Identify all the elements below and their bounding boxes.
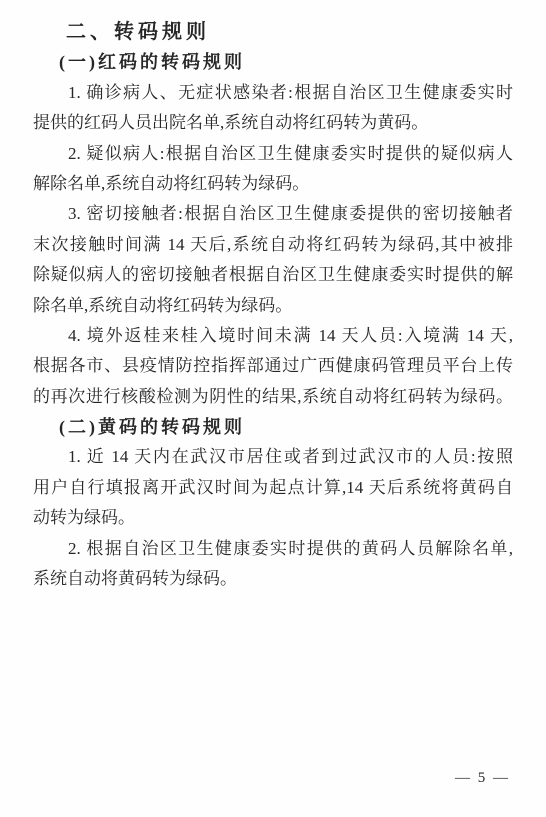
text-line: 除名单,系统自动将红码转为绿码。 [33, 291, 513, 321]
text-line: 4. 境外返桂来桂入境时间未满 14 天人员:入境满 14 天, [33, 321, 513, 351]
page-body: 二、转码规则 (一)红码的转码规则 1. 确诊病人、无症状感染者:根据自治区卫生… [33, 17, 513, 594]
text-line: 1. 近 14 天内在武汉市居住或者到过武汉市的人员:按照 [33, 442, 513, 472]
text-line: 的再次进行核酸检测为阴性的结果,系统自动将红码转为绿码。 [33, 382, 513, 412]
text-line: 除疑似病人的密切接触者根据自治区卫生健康委实时提供的解 [33, 260, 513, 290]
text-line: 1. 确诊病人、无症状感染者:根据自治区卫生健康委实时 [33, 78, 513, 108]
section-heading: 二、转码规则 [33, 17, 513, 47]
text-line: 解除名单,系统自动将红码转为绿码。 [33, 169, 513, 199]
subsection-heading-yellow-rules: (二)黄码的转码规则 [33, 412, 513, 442]
text-line: 提供的红码人员出院名单,系统自动将红码转为黄码。 [33, 108, 513, 138]
page-number: — 5 — [455, 768, 510, 788]
text-line: 3. 密切接触者:根据自治区卫生健康委提供的密切接触者 [33, 199, 513, 229]
text-line: 末次接触时间满 14 天后,系统自动将红码转为绿码,其中被排 [33, 230, 513, 260]
subsection-heading-red-rules: (一)红码的转码规则 [33, 47, 513, 77]
text-line: 2. 疑似病人:根据自治区卫生健康委实时提供的疑似病人 [33, 139, 513, 169]
text-line: 2. 根据自治区卫生健康委实时提供的黄码人员解除名单, [33, 534, 513, 564]
text-line: 根据各市、县疫情防控指挥部通过广西健康码管理员平台上传 [33, 351, 513, 381]
document-page: 二、转码规则 (一)红码的转码规则 1. 确诊病人、无症状感染者:根据自治区卫生… [0, 0, 546, 817]
text-line: 系统自动将黄码转为绿码。 [33, 564, 513, 594]
text-line: 动转为绿码。 [33, 503, 513, 533]
text-line: 用户自行填报离开武汉时间为起点计算,14 天后系统将黄码自 [33, 473, 513, 503]
